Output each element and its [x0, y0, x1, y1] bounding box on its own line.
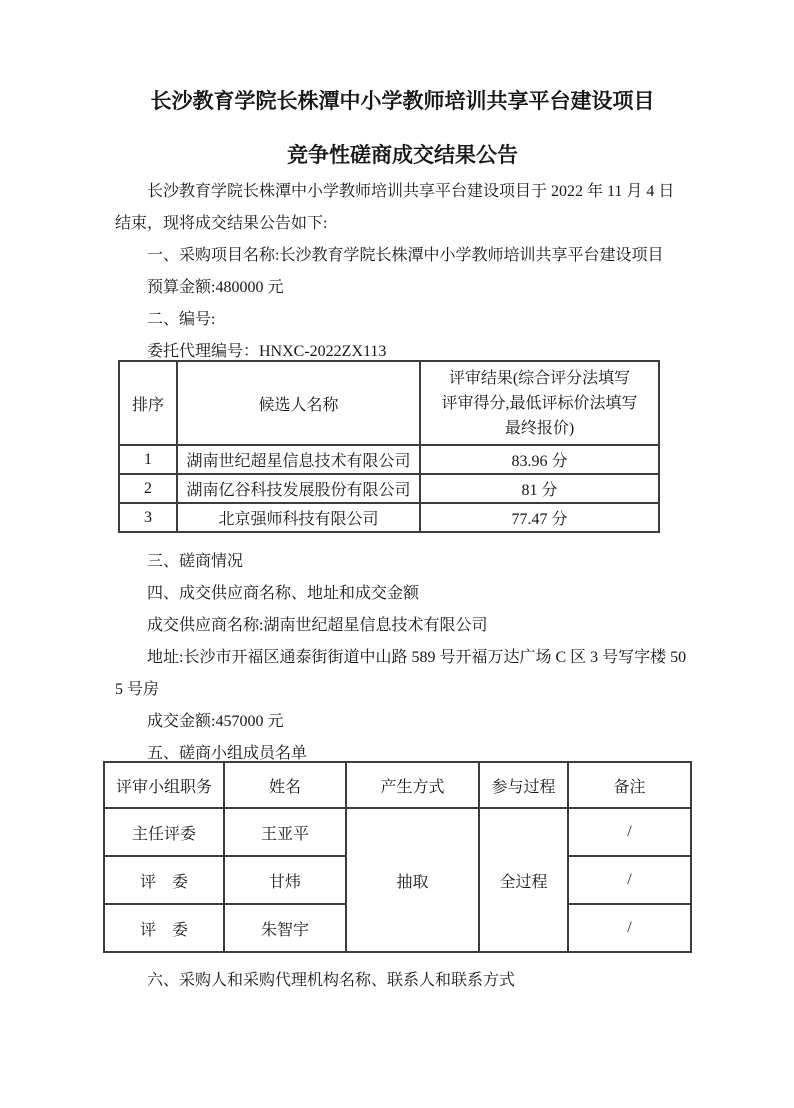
column-header-remark: 备注	[568, 762, 691, 808]
selection-method-cell: 抽取	[346, 808, 479, 952]
column-header-participation: 参与过程	[479, 762, 568, 808]
intro-paragraph: 长沙教育学院长株潭中小学教师培训共享平台建设项目于 2022 年 11 月 4 …	[115, 176, 690, 240]
rank-cell: 2	[119, 474, 177, 503]
candidate-table-header-row: 排序 候选人名称 评审结果(综合评分法填写评审得分,最低评标价法填写最终报价)	[119, 361, 659, 445]
panel-name-cell: 王亚平	[224, 808, 346, 856]
column-header-candidate-name: 候选人名称	[177, 361, 420, 445]
candidate-row-3: 3 北京强师科技有限公司 77.47 分	[119, 503, 659, 532]
document-page: 长沙教育学院长株潭中小学教师培训共享平台建设项目 竞争性磋商成交结果公告 长沙教…	[0, 0, 794, 1108]
section-4-heading: 四、成交供应商名称、地址和成交金额	[115, 578, 690, 610]
budget-line: 预算金额:480000 元	[115, 272, 690, 304]
supplier-line: 成交供应商名称:湖南世纪超星信息技术有限公司	[115, 610, 690, 642]
section-6-heading: 六、采购人和采购代理机构名称、联系人和联系方式	[115, 965, 690, 997]
candidate-table: 排序 候选人名称 评审结果(综合评分法填写评审得分,最低评标价法填写最终报价) …	[118, 360, 660, 533]
candidate-name-cell: 北京强师科技有限公司	[177, 503, 420, 532]
section-2-heading: 二、编号:	[115, 304, 690, 336]
remark-cell: /	[568, 856, 691, 904]
participation-cell: 全过程	[479, 808, 568, 952]
panel-role-cell: 主任评委	[104, 808, 224, 856]
score-cell: 83.96 分	[420, 445, 659, 474]
score-cell: 77.47 分	[420, 503, 659, 532]
score-cell: 81 分	[420, 474, 659, 503]
candidate-row-2: 2 湖南亿谷科技发展股份有限公司 81 分	[119, 474, 659, 503]
rank-cell: 3	[119, 503, 177, 532]
panel-role-cell: 评 委	[104, 856, 224, 904]
candidate-name-cell: 湖南亿谷科技发展股份有限公司	[177, 474, 420, 503]
column-header-review-result: 评审结果(综合评分法填写评审得分,最低评标价法填写最终报价)	[420, 361, 659, 445]
column-header-selection-method: 产生方式	[346, 762, 479, 808]
column-header-rank: 排序	[119, 361, 177, 445]
panel-role-cell: 评 委	[104, 904, 224, 952]
document-title-line2: 竞争性磋商成交结果公告	[115, 140, 690, 172]
remark-cell: /	[568, 904, 691, 952]
document-content: 长沙教育学院长株潭中小学教师培训共享平台建设项目 竞争性磋商成交结果公告 长沙教…	[0, 0, 794, 997]
rank-cell: 1	[119, 445, 177, 474]
panel-row-1: 主任评委 王亚平 抽取 全过程 /	[104, 808, 691, 856]
candidate-row-1: 1 湖南世纪超星信息技术有限公司 83.96 分	[119, 445, 659, 474]
panel-name-cell: 朱智宇	[224, 904, 346, 952]
section-1-heading: 一、采购项目名称:长沙教育学院长株潭中小学教师培训共享平台建设项目	[115, 240, 690, 272]
candidate-name-cell: 湖南世纪超星信息技术有限公司	[177, 445, 420, 474]
document-title-line1: 长沙教育学院长株潭中小学教师培训共享平台建设项目	[115, 86, 690, 118]
section-3-heading: 三、磋商情况	[115, 546, 690, 578]
panel-table: 评审小组职务 姓名 产生方式 参与过程 备注 主任评委 王亚平 抽取 全过程 /…	[103, 761, 692, 953]
remark-cell: /	[568, 808, 691, 856]
amount-line: 成交金额:457000 元	[115, 706, 690, 738]
panel-name-cell: 甘炜	[224, 856, 346, 904]
address-line: 地址:长沙市开福区通泰街街道中山路 589 号开福万达广场 C 区 3 号写字楼…	[115, 642, 690, 706]
